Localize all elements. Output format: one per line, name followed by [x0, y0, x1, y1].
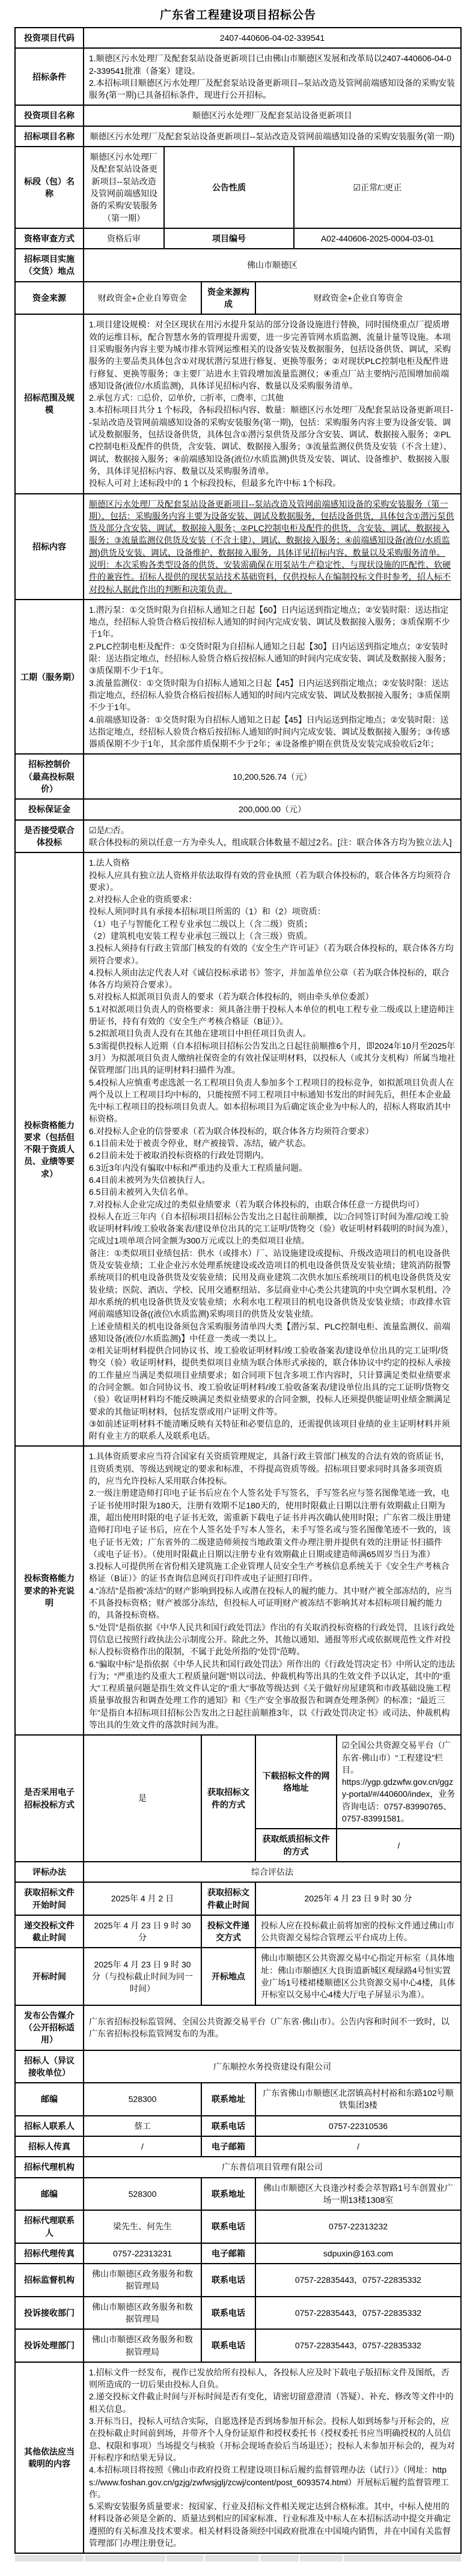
announcement-table: 投资项目代码 2407-440606-04-02-339541 招标条件 1.顺… [14, 27, 462, 2554]
agency-value: 广东普信项目管理有限公司 [84, 2157, 461, 2177]
submission-deadline-label: 递交投标文件截止时间 [15, 1915, 84, 1948]
qualification-supplement-value: 1.具体资质要求应当符合国家有关资质管理规定，具备行政主管部门核发的合法有效的资… [84, 1446, 461, 1735]
row-investment-project-name: 投资项目名称 顺德区污水处理厂及配套泵站设备更新项目 [15, 105, 461, 126]
row-scope: 招标范围及规模 1.项目建设规模：对全区现状在用污水提升泵站的部分设备设施进行替… [15, 314, 461, 493]
row-funds: 资金来源 财政资金+企业自筹资金 资金来源构成 财政资金+企业自筹资金 [15, 282, 461, 315]
tenderer-contact-value: 蔡工 [84, 2116, 201, 2136]
bid-opening-place-label: 开标地点 [201, 1948, 255, 2005]
other-items-label: 其他依法应当载明的内容 [15, 2362, 84, 2553]
download-url-label: 下载招标文件的网络地址 [255, 1735, 337, 1829]
row-agency-postcode: 邮编 528300 联系地址 佛山市顺德区大良逢沙村委会萃智路1号车创置业广场一… [15, 2178, 461, 2211]
supervisor-tel-value: 0757-22835443，0757-22835332 [255, 2264, 461, 2297]
bid-opening-time-label: 开标时间 [15, 1948, 84, 2005]
bid-bond-label: 投标保证金 [15, 799, 84, 819]
row-bid-bond: 投标保证金 200,000.00（元） [15, 799, 461, 819]
tenderer-label: 招标人（异议接收单位） [15, 2050, 84, 2083]
tenderer-contact-label: 招标人联系人 [15, 2116, 84, 2136]
tender-content-label: 招标内容 [15, 494, 84, 600]
row-doc-obtain-time: 获取招标文件开始时间 2025年 4 月 2 日 获取招标文件截止时间 2025… [15, 1882, 461, 1915]
tenderer-email-value: / [255, 2136, 461, 2157]
other-items-value: 1.招标文件一经发布，视作已发放给所有投标人，各投标人应及时下载电子版招标文件及… [84, 2362, 461, 2553]
submission-deadline-value: 2025年 4 月 23 日 9 时 30 分 [84, 1915, 201, 1948]
complaint-receive-label: 投诉接收部门 [15, 2297, 84, 2330]
tenderer-address-label: 联系地址 [201, 2083, 255, 2116]
bid-opening-place-value: 佛山市顺德区公共资源交易中心指定开标室（具体地址：佛山市顺德区大良街道新城区观绿… [255, 1948, 461, 2005]
agency-tel-label: 联系电话 [201, 2210, 255, 2243]
supervisor-tel-label: 联系电话 [201, 2264, 255, 2297]
complaint-handle-tel-value: 0757-22835443，0757-22835332 [255, 2329, 461, 2362]
control-price-label: 招标控制价（最高投标限价） [15, 754, 84, 799]
complaint-receive-value: 佛山市顺德区政务服务和数据管理局 [84, 2297, 201, 2330]
doc-obtain-start-value: 2025年 4 月 2 日 [84, 1882, 201, 1915]
footer-cell [85, 2555, 165, 2562]
tenderer-address-value: 广东省佛山市顺德区北滘镇高村村裕和东路102号顺铁集团3楼 [255, 2083, 461, 2116]
consortium-value: ☑是/□否。 联合体投标的须以任意一方为牵头人，组成联合体数量不超过2名。[注：… [84, 820, 461, 853]
footer-cell [344, 2555, 461, 2562]
investment-project-name-label: 投资项目名称 [15, 105, 84, 126]
row-electronic-bidding: 是否采用电子招标投标方式 是 获取招标文件的方式 下载招标文件的网络地址 ☑全国… [15, 1735, 461, 1829]
agency-postcode-label: 邮编 [15, 2178, 84, 2211]
tenderer-tel-label: 联系电话 [201, 2116, 255, 2136]
project-code-value: 2407-440606-04-02-339541 [84, 28, 461, 48]
project-code-label: 投资项目代码 [15, 28, 84, 48]
tenderer-fax-label: 招标人传真 [15, 2136, 84, 2157]
complaint-receive-tel-value: 0757-22835443，0757-22835332 [255, 2297, 461, 2330]
download-url-value: ☑全国公共资源交易平台（广东省·佛山市）“工程建设”栏目。 https://yg… [337, 1735, 461, 1829]
doc-obtain-start-label: 获取招标文件开始时间 [15, 1882, 84, 1915]
media-label: 发布公告媒介（公开招标适用） [15, 2005, 84, 2050]
qualification-review-label: 资格审查方式 [15, 228, 84, 249]
complaint-handle-value: 佛山市顺德区政务服务和数据管理局 [84, 2329, 201, 2362]
section-value: 顺德区污水处理厂及配套泵站设备更新项目--泵站改造及管网前端感知设备的采购安装服… [84, 147, 164, 228]
evaluation-method-label: 评标办法 [15, 1862, 84, 1882]
row-qualification-supplement: 投标资格能力要求的补充说明 1.具体资质要求应当符合国家有关资质管理规定，具备行… [15, 1446, 461, 1735]
notice-nature-label: 公告性质 [164, 147, 294, 228]
bid-opening-time-value: 2025年 4 月 23 日 9 时 30 分（与投标截止时间为同一时间） [84, 1948, 201, 2005]
row-complaint-receive: 投诉接收部门 佛山市顺德区政务服务和数据管理局 联系电话 0757-228354… [15, 2297, 461, 2330]
agency-postcode-value: 528300 [84, 2178, 201, 2211]
scope-value: 1.项目建设规模：对全区现状在用污水提升泵站的部分设备设施进行替换，同时围绕重点… [84, 314, 461, 493]
qualification-requirements-value: 1.法人资格 投标人应具有独立法人资格并依法取得有效的营业执照（若为联合体投标的… [84, 852, 461, 1446]
row-complaint-handle: 投诉处理部门 佛山市顺德区政务服务和数据管理局 联系电话 0757-228354… [15, 2329, 461, 2362]
tenderer-postcode-value: 528300 [84, 2083, 201, 2116]
row-tender-content: 招标内容 顺德区污水处理厂及配套泵站设备更新项目--泵站改造及管网前端感知设备的… [15, 494, 461, 600]
location-label: 招标项目实施（交货）地点 [15, 249, 84, 282]
tender-project-name-value: 顺德区污水处理厂及配套泵站设备更新项目--泵站改造及管网前端感知设备的采购安装服… [84, 126, 461, 147]
qualification-requirements-label: 投标资格能力要求（包括但不限于资质人员、业绩等要求） [15, 852, 84, 1446]
row-location: 招标项目实施（交货）地点 佛山市顺德区 [15, 249, 461, 282]
row-other-items: 其他依法应当载明的内容 1.招标文件一经发布，视作已发放给所有投标人，各投标人应… [15, 2362, 461, 2553]
tenderer-postcode-label: 邮编 [15, 2083, 84, 2116]
row-control-price: 招标控制价（最高投标限价） 10,200,526.74（元） [15, 754, 461, 799]
row-tenderer: 招标人（异议接收单位） 广东顺控水务投资建设有限公司 [15, 2050, 461, 2083]
qualification-review-value: 资格后审 [84, 228, 164, 249]
row-consortium: 是否接受联合体投标 ☑是/□否。 联合体投标的须以任意一方为牵头人，组成联合体数… [15, 820, 461, 853]
agency-address-label: 联系地址 [201, 2178, 255, 2211]
media-value: 广东省招标投标监管网、全国公共资源交易平台（广东省·佛山市）。公告内容和时间不一… [84, 2005, 461, 2050]
footer-cell [166, 2555, 204, 2562]
row-section: 标段（包）名称 顺德区污水处理厂及配套泵站设备更新项目--泵站改造及管网前端感知… [15, 147, 461, 228]
tenderer-email-label: 电子邮箱 [201, 2136, 255, 2157]
row-tenderer-postcode: 邮编 528300 联系地址 广东省佛山市顺德区北滘镇高村村裕和东路102号顺铁… [15, 2083, 461, 2116]
consortium-label: 是否接受联合体投标 [15, 820, 84, 853]
funds-composition-value: 财政资金+企业自筹资金 [255, 282, 461, 315]
notice-nature-value: ☑正常/□更正 [294, 147, 461, 228]
location-value: 佛山市顺德区 [84, 249, 461, 282]
announcement-page: 广东省工程建设项目招标公告 投资项目代码 2407-440606-04-02-3… [0, 0, 476, 2576]
page-title: 广东省工程建设项目招标公告 [0, 6, 476, 22]
bid-bond-value: 200,000.00（元） [84, 799, 461, 819]
investment-project-name-value: 顺德区污水处理厂及配套泵站设备更新项目 [84, 105, 461, 126]
row-supervisor: 招标监督机构 佛山市顺德区政务服务和数据管理局 联系电话 0757-228354… [15, 2264, 461, 2297]
project-no-value: A02-440606-2025-0004-03-01 [294, 228, 461, 249]
supervisor-value: 佛山市顺德区政务服务和数据管理局 [84, 2264, 201, 2297]
agency-fax-label: 招标代理传真 [15, 2243, 84, 2264]
row-tenderer-contact: 招标人联系人 蔡工 联系电话 0757-22310536 [15, 2116, 461, 2136]
scope-label: 招标范围及规模 [15, 314, 84, 493]
paper-doc-label: 获取纸质招标文件的方式 [255, 1829, 337, 1862]
agency-email-value: sdpuxin@163.com [255, 2243, 461, 2264]
agency-contact-value: 梁先生、何先生 [84, 2210, 201, 2243]
tender-conditions-label: 招标条件 [15, 48, 84, 105]
funds-value: 财政资金+企业自筹资金 [84, 282, 201, 315]
row-tender-project-name: 招标项目名称 顺德区污水处理厂及配套泵站设备更新项目--泵站改造及管网前端感知设… [15, 126, 461, 147]
row-submission: 递交投标文件截止时间 2025年 4 月 23 日 9 时 30 分 投标文件递… [15, 1915, 461, 1948]
row-agency-fax: 招标代理传真 0757-22313231 电子邮箱 sdpuxin@163.co… [15, 2243, 461, 2264]
footer-cell [15, 2555, 84, 2562]
project-no-label: 项目编号 [164, 228, 294, 249]
funds-composition-label: 资金来源构成 [201, 282, 255, 315]
footer-cell [205, 2555, 259, 2562]
row-tenderer-fax: 招标人传真 / 电子邮箱 / [15, 2136, 461, 2157]
row-qualification-review: 资格审查方式 资格后审 项目编号 A02-440606-2025-0004-03… [15, 228, 461, 249]
tenderer-tel-value: 0757-22310536 [255, 2116, 461, 2136]
agency-fax-value: 0757-22313231 [84, 2243, 201, 2264]
row-bid-opening: 开标时间 2025年 4 月 23 日 9 时 30 分（与投标截止时间为同一时… [15, 1948, 461, 2005]
complaint-receive-tel-label: 联系电话 [201, 2297, 255, 2330]
row-qualification-requirements: 投标资格能力要求（包括但不限于资质人员、业绩等要求） 1.法人资格 投标人应具有… [15, 852, 461, 1446]
electronic-bidding-value: 是 [84, 1735, 201, 1862]
agency-tel-value: 0757-22313232 [255, 2210, 461, 2243]
section-label: 标段（包）名称 [15, 147, 84, 228]
complaint-handle-tel-label: 联系电话 [201, 2329, 255, 2362]
evaluation-method-value: 综合评估法 [84, 1862, 461, 1882]
doc-obtain-end-value: 2025年 4 月 23 日 9 时 30 分 [255, 1882, 461, 1915]
duration-label: 工期（服务期） [15, 600, 84, 755]
row-project-code: 投资项目代码 2407-440606-04-02-339541 [15, 28, 461, 48]
tender-project-name-label: 招标项目名称 [15, 126, 84, 147]
agency-address-value: 佛山市顺德区大良逢沙村委会萃智路1号车创置业广场一期13楼1308室 [255, 2178, 461, 2211]
bottom-margin [0, 2568, 476, 2576]
tender-content-value: 顺德区污水处理厂及配套泵站设备更新项目--泵站改造及管网前端感知设备的采购安装服… [84, 494, 461, 600]
duration-value: 1.潜污泵：①交货时限为自招标人通知之日起【60】日内运送到指定地点；②安装时限… [84, 600, 461, 755]
agency-label: 招标代理机构 [15, 2157, 84, 2177]
row-media: 发布公告媒介（公开招标适用） 广东省招标投标监管网、全国公共资源交易平台（广东省… [15, 2005, 461, 2050]
footer-cell [300, 2555, 343, 2562]
submission-method-value: 投标人应在投标截止前将加密的投标文件通过佛山市公共资源交易综合管理云平台成功上传… [255, 1915, 461, 1948]
obtain-doc-method-label: 获取招标文件的方式 [201, 1735, 255, 1862]
doc-obtain-end-label: 获取招标文件截止时间 [201, 1882, 255, 1915]
control-price-value: 10,200,526.74（元） [84, 754, 461, 799]
electronic-bidding-label: 是否采用电子招标投标方式 [15, 1735, 84, 1862]
qualification-supplement-label: 投标资格能力要求的补充说明 [15, 1446, 84, 1735]
empty-footer-row [15, 2555, 461, 2562]
paper-doc-value: / [337, 1829, 461, 1862]
footer-cell [260, 2555, 299, 2562]
submission-method-label: 投标文件递交方式 [201, 1915, 255, 1948]
row-evaluation-method: 评标办法 综合评估法 [15, 1862, 461, 1882]
complaint-handle-label: 投诉处理部门 [15, 2329, 84, 2362]
row-agency-contact: 招标代理联系人 梁先生、何先生 联系电话 0757-22313232 [15, 2210, 461, 2243]
row-duration: 工期（服务期） 1.潜污泵：①交货时限为自招标人通知之日起【60】日内运送到指定… [15, 600, 461, 755]
tenderer-value: 广东顺控水务投资建设有限公司 [84, 2050, 461, 2083]
row-tender-conditions: 招标条件 1.顺德区污水处理厂及配套泵站设备更新项目已由佛山市顺德区发展和改革局… [15, 48, 461, 105]
supervisor-label: 招标监督机构 [15, 2264, 84, 2297]
agency-email-label: 电子邮箱 [201, 2243, 255, 2264]
agency-contact-label: 招标代理联系人 [15, 2210, 84, 2243]
tenderer-fax-value: / [84, 2136, 201, 2157]
funds-label: 资金来源 [15, 282, 84, 315]
row-agency: 招标代理机构 广东普信项目管理有限公司 [15, 2157, 461, 2177]
tender-conditions-value: 1.顺德区污水处理厂及配套泵站设备更新项目已由佛山市顺德区发展和改革局以2407… [84, 48, 461, 105]
